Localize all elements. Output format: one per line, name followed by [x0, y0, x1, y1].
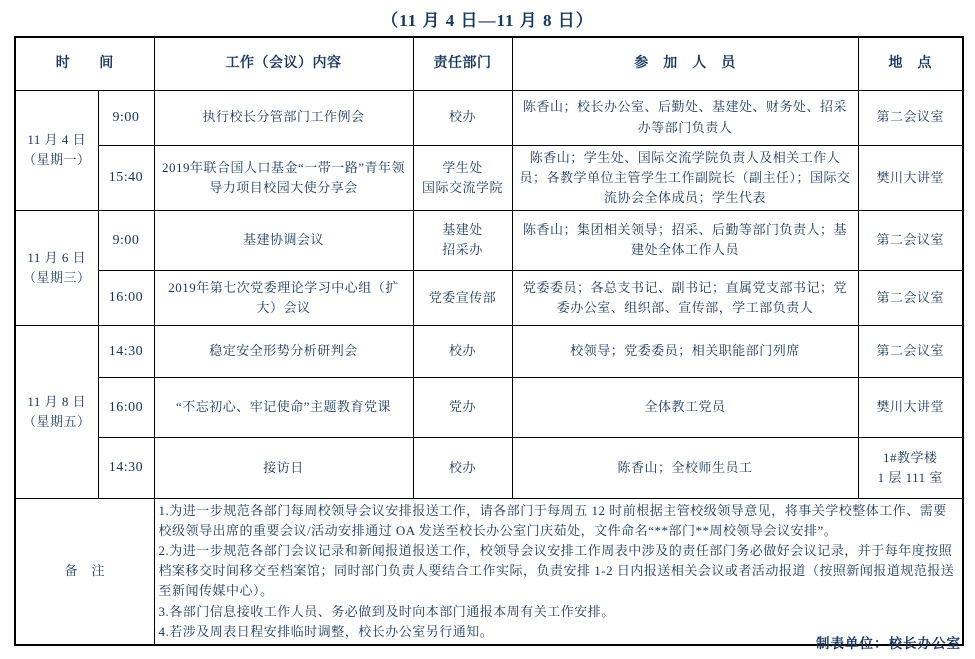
participants-cell: 全体教工党员: [512, 377, 858, 437]
time-cell: 14:30: [98, 325, 154, 377]
participants-cell: 陈香山；集团相关领导；招采、后勤等部门负责人；基建处全体工作人员: [512, 210, 858, 270]
participants-cell: 陈香山；校长办公室、后勤处、基建处、财务处、招采办等部门负责人: [512, 90, 858, 145]
header-content: 工作（会议）内容: [154, 37, 413, 90]
date-cell-nov4: 11 月 4 日 （星期一）: [15, 90, 98, 210]
content-cell: 2019年联合国人口基金“一带一路”青年领导力项目校园大使分享会: [154, 145, 413, 210]
content-cell: 2019年第七次党委理论学习中心组（扩大）会议: [154, 270, 413, 325]
time-cell: 15:40: [98, 145, 154, 210]
table-row: 15:40 2019年联合国人口基金“一带一路”青年领导力项目校园大使分享会 学…: [15, 145, 963, 210]
department-cell: 校办: [413, 90, 512, 145]
content-cell: 基建协调会议: [154, 210, 413, 270]
schedule-table: 时 间 工作（会议）内容 责任部门 参 加 人 员 地 点 11 月 4 日 （…: [14, 36, 964, 646]
content-cell: 接访日: [154, 437, 413, 498]
department-cell: 党委宣传部: [413, 270, 512, 325]
content-cell: “不忘初心、牢记使命”主题教育党课: [154, 377, 413, 437]
participants-cell: 陈香山；全校师生员工: [512, 437, 858, 498]
weekly-schedule-document: （11 月 4 日—11 月 8 日） 时 间 工作（会议）内容 责任部门 参 …: [0, 0, 975, 659]
table-row: 14:30 接访日 校办 陈香山；全校师生员工 1#教学楼 1 层 111 室: [15, 437, 963, 498]
participants-cell: 党委委员；各总支书记、副书记；直属党支部书记；党委办公室、组织部、宣传部，学工部…: [512, 270, 858, 325]
table-row: 11 月 6 日 （星期三） 9:00 基建协调会议 基建处 招采办 陈香山；集…: [15, 210, 963, 270]
time-cell: 16:00: [98, 377, 154, 437]
content-cell: 稳定安全形势分析研判会: [154, 325, 413, 377]
location-cell: 1#教学楼 1 层 111 室: [858, 437, 963, 498]
remarks-content: 1.为进一步规范各部门每周校领导会议安排报送工作，请各部门于每周五 12 时前根…: [154, 498, 963, 644]
remark-item-3: 3.各部门信息接收工作人员、务必做到及时向本部门通报本周有关工作安排。: [159, 602, 959, 622]
table-header-row: 时 间 工作（会议）内容 责任部门 参 加 人 员 地 点: [15, 37, 963, 90]
header-participants: 参 加 人 员: [512, 37, 858, 90]
location-cell: 樊川大讲堂: [858, 377, 963, 437]
location-cell: 第二会议室: [858, 270, 963, 325]
remarks-label: 备 注: [15, 498, 154, 644]
remarks-row: 备 注 1.为进一步规范各部门每周校领导会议安排报送工作，请各部门于每周五 12…: [15, 498, 963, 644]
header-time: 时 间: [15, 37, 154, 90]
participants-cell: 校领导；党委委员；相关职能部门列席: [512, 325, 858, 377]
location-cell: 第二会议室: [858, 90, 963, 145]
remark-item-2: 2.为进一步规范各部门会议记录和新闻报道报送工作，校领导会议安排工作周表中涉及的…: [159, 541, 959, 601]
department-cell: 党办: [413, 377, 512, 437]
header-department: 责任部门: [413, 37, 512, 90]
department-cell: 学生处 国际交流学院: [413, 145, 512, 210]
department-cell: 校办: [413, 325, 512, 377]
department-cell: 校办: [413, 437, 512, 498]
content-cell: 执行校长分管部门工作例会: [154, 90, 413, 145]
remark-item-1: 1.为进一步规范各部门每周校领导会议安排报送工作，请各部门于每周五 12 时前根…: [159, 501, 959, 541]
date-cell-nov8: 11 月 8 日 （星期五）: [15, 325, 98, 498]
time-cell: 14:30: [98, 437, 154, 498]
location-cell: 第二会议室: [858, 210, 963, 270]
time-cell: 9:00: [98, 90, 154, 145]
header-location: 地 点: [858, 37, 963, 90]
table-row: 11 月 4 日 （星期一） 9:00 执行校长分管部门工作例会 校办 陈香山；…: [15, 90, 963, 145]
table-maker-label: 制表单位：校长办公室: [816, 632, 961, 652]
department-cell: 基建处 招采办: [413, 210, 512, 270]
time-cell: 9:00: [98, 210, 154, 270]
date-cell-nov6: 11 月 6 日 （星期三）: [15, 210, 98, 325]
table-row: 11 月 8 日 （星期五） 14:30 稳定安全形势分析研判会 校办 校领导；…: [15, 325, 963, 377]
page-title: （11 月 4 日—11 月 8 日）: [0, 6, 975, 31]
time-cell: 16:00: [98, 270, 154, 325]
participants-cell: 陈香山；学生处、国际交流学院负责人及相关工作人员；各教学单位主管学生工作副院长（…: [512, 145, 858, 210]
location-cell: 樊川大讲堂: [858, 145, 963, 210]
location-cell: 第二会议室: [858, 325, 963, 377]
table-row: 16:00 “不忘初心、牢记使命”主题教育党课 党办 全体教工党员 樊川大讲堂: [15, 377, 963, 437]
table-row: 16:00 2019年第七次党委理论学习中心组（扩大）会议 党委宣传部 党委委员…: [15, 270, 963, 325]
